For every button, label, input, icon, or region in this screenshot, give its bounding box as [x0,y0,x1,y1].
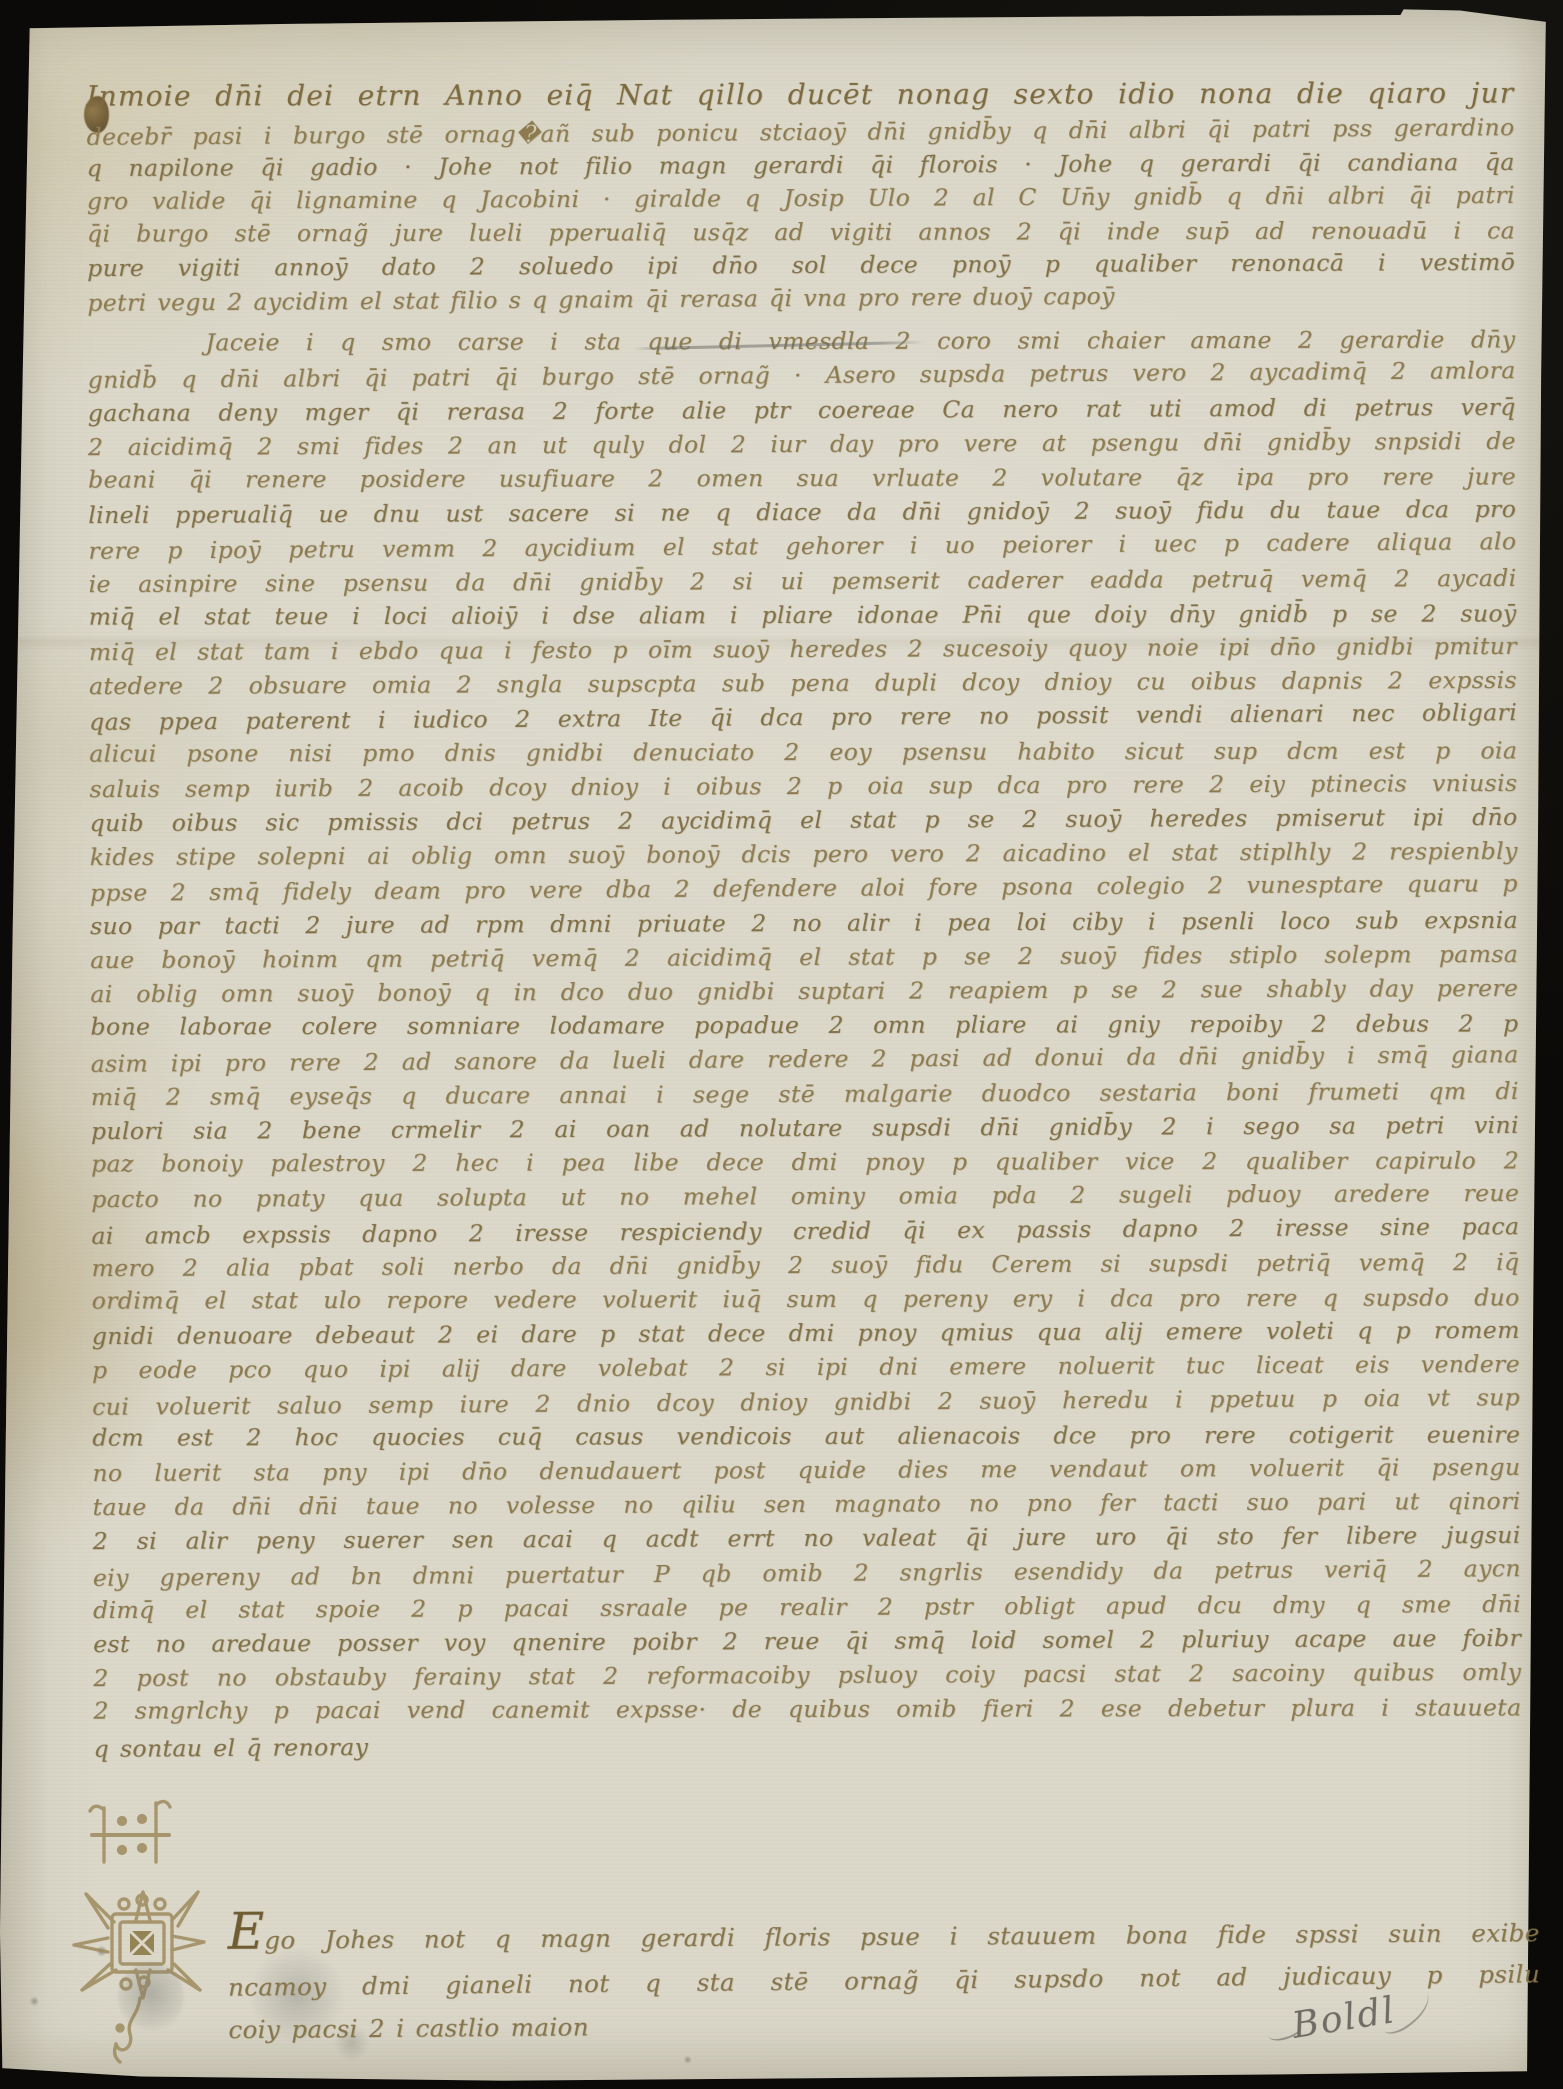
manuscript-line: pulori sia 2 bene crmelir 2 ai oan ad no… [91,1108,1519,1148]
manuscript-line: miq̄ el stat teue i loci alioiȳ i dse al… [89,596,1517,633]
manuscript-line: mero 2 alia pbat soli nerbo da dn̄i gnid… [91,1245,1519,1285]
manuscript-line: 2 smgrlchy p pacai vend canemit expsse· … [93,1691,1521,1728]
notary-signum-star [56,1792,206,2072]
manuscript-line: dcm est 2 hoc quocies cuq̄ casus vendico… [92,1417,1520,1454]
manuscript-line: paz bonoiy palestroy 2 hec i pea libe de… [91,1143,1519,1180]
manuscript-line: Inmoie dn̄i dei etrn Anno eiq̄ Nat qillo… [86,72,1514,117]
photographed-manuscript: { "colors":{ "backdrop":"#0b0a08", "parc… [0,0,1563,2089]
manuscript-line: 2 aicidimq̄ 2 smi fides 2 an ut quly dol… [88,424,1516,464]
manuscript-text-block: Inmoie dn̄i dei etrn Anno eiq̄ Nat qillo… [86,71,1521,1764]
manuscript-line: 2 post no obstauby ferainy stat 2 reform… [93,1655,1521,1695]
ink-smudge [118,1962,184,2032]
manuscript-line: alicui psone nisi pmo dnis gnidbi denuci… [89,733,1517,770]
manuscript-line: q̄i burgo stē ornag̃ jure lueli pperuali… [87,214,1515,250]
main-text-paragraph-2: Jaceie i q smo carse i sta que di vmesdl… [87,321,1521,1764]
manuscript-line: ie asinpire sine psensu da dn̄i gnidb̄y … [88,561,1516,601]
manuscript-line: beani q̄i renere posidere usufiuare 2 om… [88,459,1516,496]
main-text-paragraph-1: Inmoie dn̄i dei etrn Anno eiq̄ Nat qillo… [86,71,1515,318]
manuscript-line: ordimq̄ el stat ulo repore vedere voluer… [92,1280,1520,1317]
manuscript-line: ai oblig omn suoȳ bonoȳ q in dco duo gni… [90,971,1518,1011]
manuscript-line: gro valide q̄i lignamine q Jacobini · gi… [87,179,1515,218]
